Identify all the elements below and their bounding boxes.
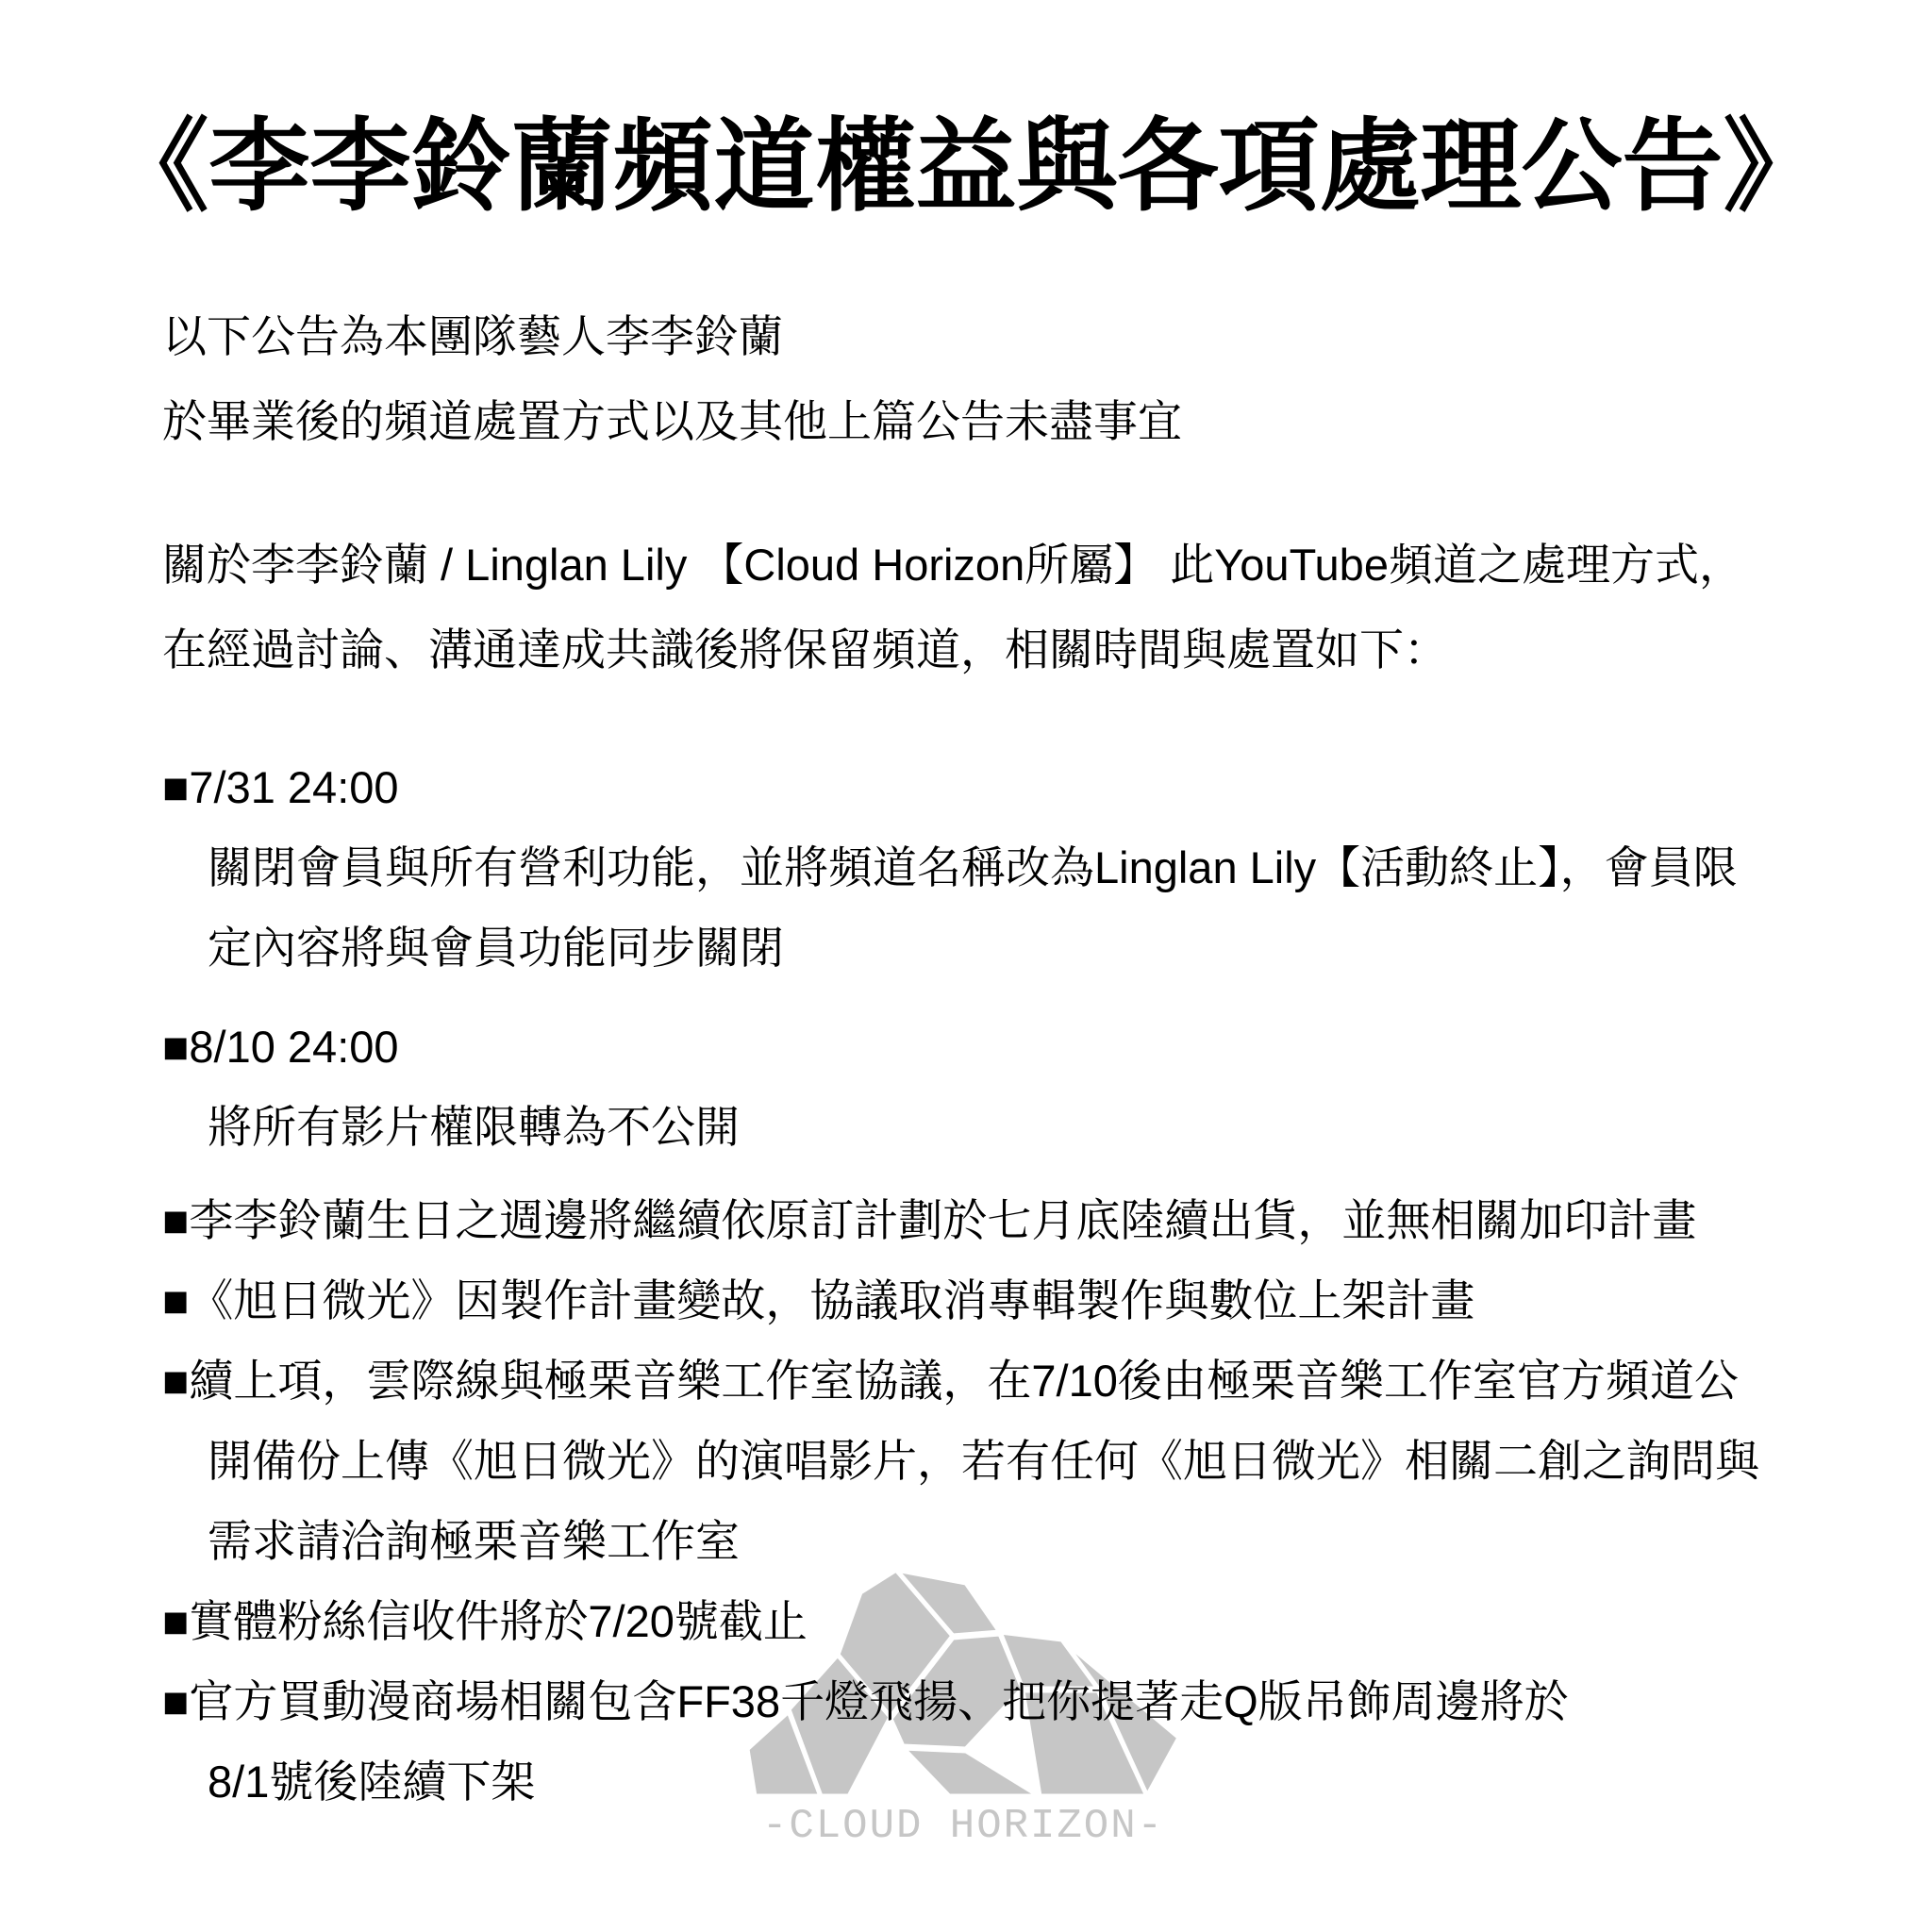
note-line: ■李李鈴蘭生日之週邊將繼續依原訂計劃於七月底陸續出貨，並無相關加印計畫 <box>162 1180 1875 1260</box>
channel-handling-paragraph: 關於李李鈴蘭 / Linglan Lily 【Cloud Horizon所屬】 … <box>162 523 1875 692</box>
schedule-detail-line: 關閉會員與所有營利功能，並將頻道名稱改為Linglan Lily【活動終止】，會… <box>162 827 1875 908</box>
note-line: ■《旭日微光》因製作計畫變故，協議取消專輯製作與數位上架計畫 <box>162 1260 1875 1341</box>
schedule-heading: ■8/10 24:00 <box>162 1007 1875 1087</box>
announcement-body: 以下公告為本團隊藝人李李鈴蘭 於畢業後的頻道處置方式以及其他上篇公告未盡事宜 關… <box>0 294 1932 1822</box>
schedule-detail-line: 定內容將與會員功能同步關閉 <box>162 908 1875 988</box>
about-line: 在經過討論、溝通達成共識後將保留頻道，相關時間與處置如下： <box>162 608 1875 692</box>
note-line: ■實體粉絲信收件將於7/20號截止 <box>162 1581 1875 1661</box>
note-line: 8/1號後陸續下架 <box>162 1741 1875 1822</box>
note-line: 開備份上傳《旭日微光》的演唱影片，若有任何《旭日微光》相關二創之詢問與 <box>162 1421 1875 1501</box>
schedule-section-810: ■8/10 24:00 將所有影片權限轉為不公開 <box>162 1007 1875 1167</box>
about-line: 關於李李鈴蘭 / Linglan Lily 【Cloud Horizon所屬】 … <box>162 523 1875 608</box>
page-title: 《李李鈴蘭頻道權益與各項處理公告》 <box>38 100 1894 232</box>
intro-paragraph: 以下公告為本團隊藝人李李鈴蘭 於畢業後的頻道處置方式以及其他上篇公告未盡事宜 <box>162 294 1875 464</box>
announcement-document: 《李李鈴蘭頻道權益與各項處理公告》 以下公告為本團隊藝人李李鈴蘭 於畢業後的頻道… <box>0 100 1932 1822</box>
schedule-section-731: ■7/31 24:00 關閉會員與所有營利功能，並將頻道名稱改為Linglan … <box>162 747 1875 988</box>
intro-line: 以下公告為本團隊藝人李李鈴蘭 <box>162 294 1875 379</box>
schedule-detail-line: 將所有影片權限轉為不公開 <box>162 1087 1875 1167</box>
note-line: 需求請洽詢極栗音樂工作室 <box>162 1501 1875 1581</box>
intro-line: 於畢業後的頻道處置方式以及其他上篇公告未盡事宜 <box>162 379 1875 464</box>
notes-list: ■李李鈴蘭生日之週邊將繼續依原訂計劃於七月底陸續出貨，並無相關加印計畫 ■《旭日… <box>162 1180 1875 1822</box>
schedule-heading: ■7/31 24:00 <box>162 747 1875 827</box>
note-line: ■續上項，雲際線與極栗音樂工作室協議，在7/10後由極栗音樂工作室官方頻道公 <box>162 1341 1875 1421</box>
note-line: ■官方買動漫商場相關包含FF38千燈飛揚、把你提著走Q版吊飾周邊將於 <box>162 1661 1875 1741</box>
